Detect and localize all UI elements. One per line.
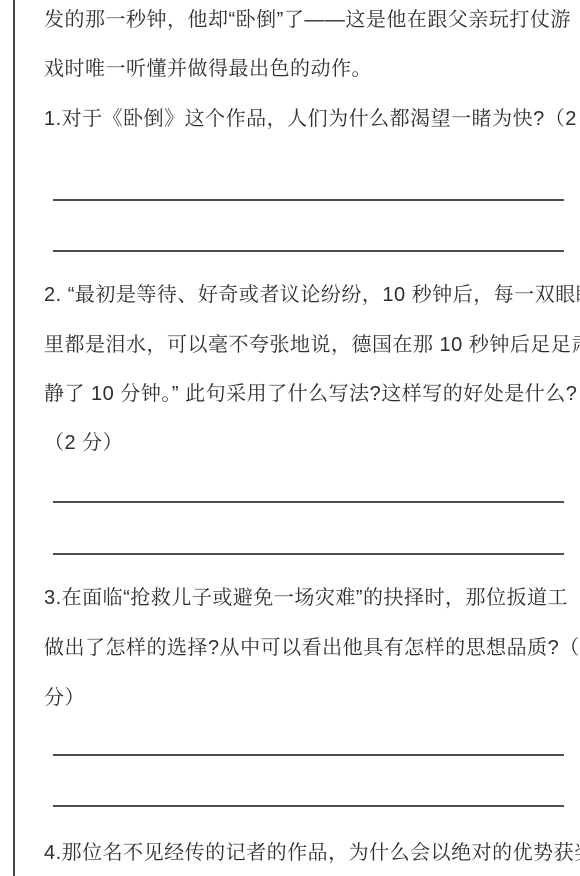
passage-line-2: 戏时唯一听懂并做得最出色的动作。 [44,56,574,82]
question-1-answer-rule-2 [53,250,564,252]
question-1-answer-rule-1 [53,199,564,201]
question-3-answer-rule-1 [53,754,564,756]
left-border-line [13,0,15,876]
question-3-line-2: 做出了怎样的选择?从中可以看出他具有怎样的思想品质?（2 [44,635,574,661]
question-2-answer-rule-2 [53,553,564,555]
question-3-answer-rule-2 [53,805,564,807]
worksheet-page: 发的那一秒钟，他却“卧倒”了——这是他在跟父亲玩打仗游 戏时唯一听懂并做得最出色… [0,0,580,876]
question-3-line-1: 3.在面临“抢救儿子或避免一场灾难”的抉择时，那位扳道工 [44,585,574,611]
question-3-line-3: 分） [44,685,574,711]
question-2-answer-rule-1 [53,501,564,503]
question-1-line-1: 1.对于《卧倒》这个作品，人们为什么都渴望一睹为快?（2 分） [44,106,574,132]
question-4-line-1: 4.那位名不见经传的记者的作品，为什么会以绝对的优势获奖? [44,840,574,866]
question-2-line-3: 静了 10 分钟。” 此句采用了什么写法?这样写的好处是什么? [44,381,574,407]
question-2-line-4: （2 分） [44,430,574,456]
question-2-line-2: 里都是泪水，可以毫不夸张地说，德国在那 10 秒钟后足足肃 [44,332,574,358]
passage-line-1: 发的那一秒钟，他却“卧倒”了——这是他在跟父亲玩打仗游 [44,7,574,33]
question-2-line-1: 2. “最初是等待、好奇或者议论纷纷，10 秒钟后，每一双眼睛 [44,282,574,308]
